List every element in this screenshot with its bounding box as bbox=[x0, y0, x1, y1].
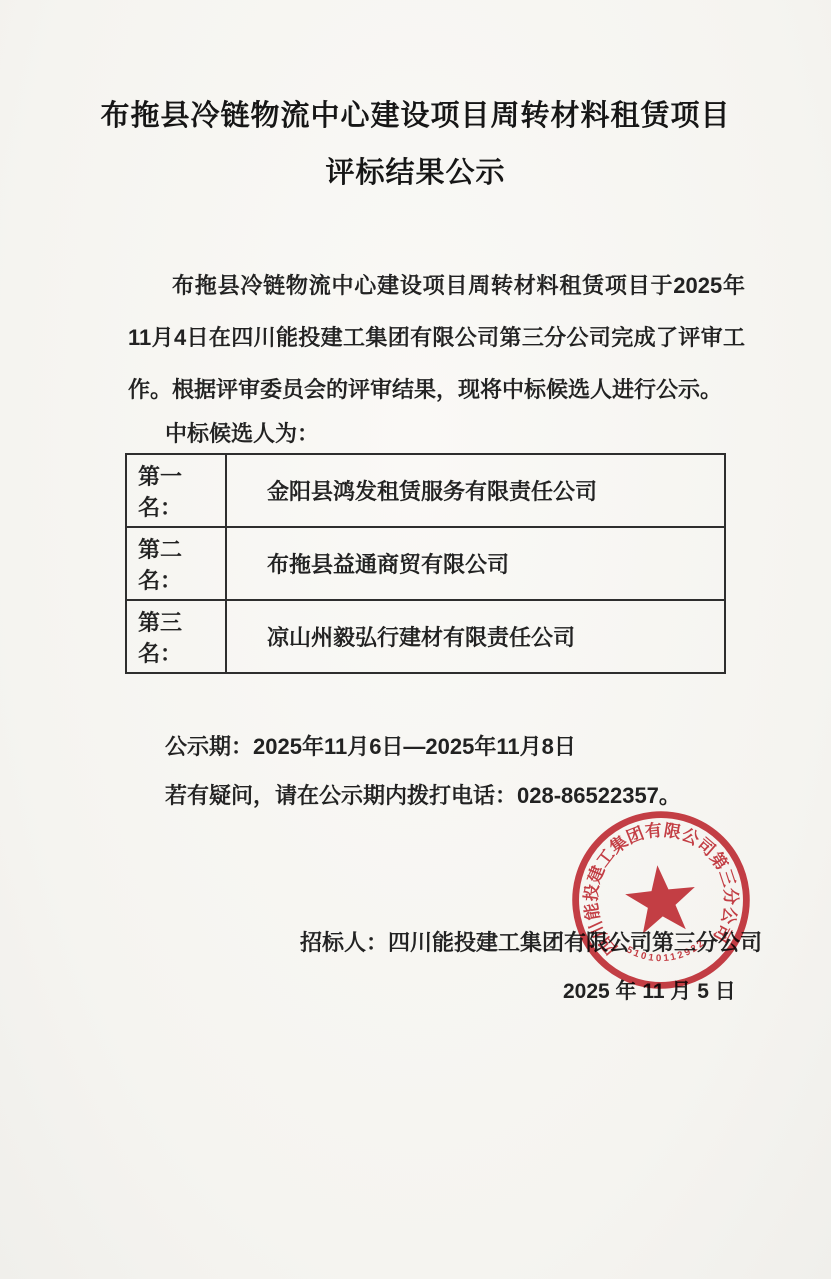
company-cell: 布拖县益通商贸有限公司 bbox=[226, 527, 725, 600]
candidates-table: 第一名： 金阳县鸿发租赁服务有限责任公司 第二名： 布拖县益通商贸有限公司 第三… bbox=[125, 453, 726, 674]
table-row: 第三名： 凉山州毅弘行建材有限责任公司 bbox=[126, 600, 725, 673]
table-row: 第一名： 金阳县鸿发租赁服务有限责任公司 bbox=[126, 454, 725, 527]
table-row: 第二名： 布拖县益通商贸有限公司 bbox=[126, 527, 725, 600]
body-paragraph: 布拖县冷链物流中心建设项目周转材料租赁项目于2025年11月4日在四川能投建工集… bbox=[128, 260, 745, 416]
company-seal: 四川能投建工集团有限公司第三分公司 51010112922 bbox=[554, 793, 767, 1006]
title-line-1: 布拖县冷链物流中心建设项目周转材料租赁项目 bbox=[0, 88, 831, 145]
title-line-2: 评标结果公示 bbox=[0, 145, 831, 202]
document-title: 布拖县冷链物流中心建设项目周转材料租赁项目 评标结果公示 bbox=[0, 88, 831, 202]
company-cell: 凉山州毅弘行建材有限责任公司 bbox=[226, 600, 725, 673]
contact-line: 若有疑问，请在公示期内拨打电话：028-86522357。 bbox=[165, 779, 681, 810]
document-page: 布拖县冷链物流中心建设项目周转材料租赁项目 评标结果公示 布拖县冷链物流中心建设… bbox=[0, 0, 831, 1279]
rank-cell: 第二名： bbox=[126, 527, 226, 600]
svg-text:51010112922: 51010112922 bbox=[623, 936, 709, 968]
company-cell: 金阳县鸿发租赁服务有限责任公司 bbox=[226, 454, 725, 527]
rank-cell: 第一名： bbox=[126, 454, 226, 527]
rank-cell: 第三名： bbox=[126, 600, 226, 673]
star-icon bbox=[623, 862, 700, 936]
seal-number-text: 51010112922 bbox=[623, 936, 709, 968]
candidates-label: 中标候选人为： bbox=[165, 417, 319, 448]
publicity-period: 公示期：2025年11月6日—2025年11月8日 bbox=[165, 730, 576, 761]
